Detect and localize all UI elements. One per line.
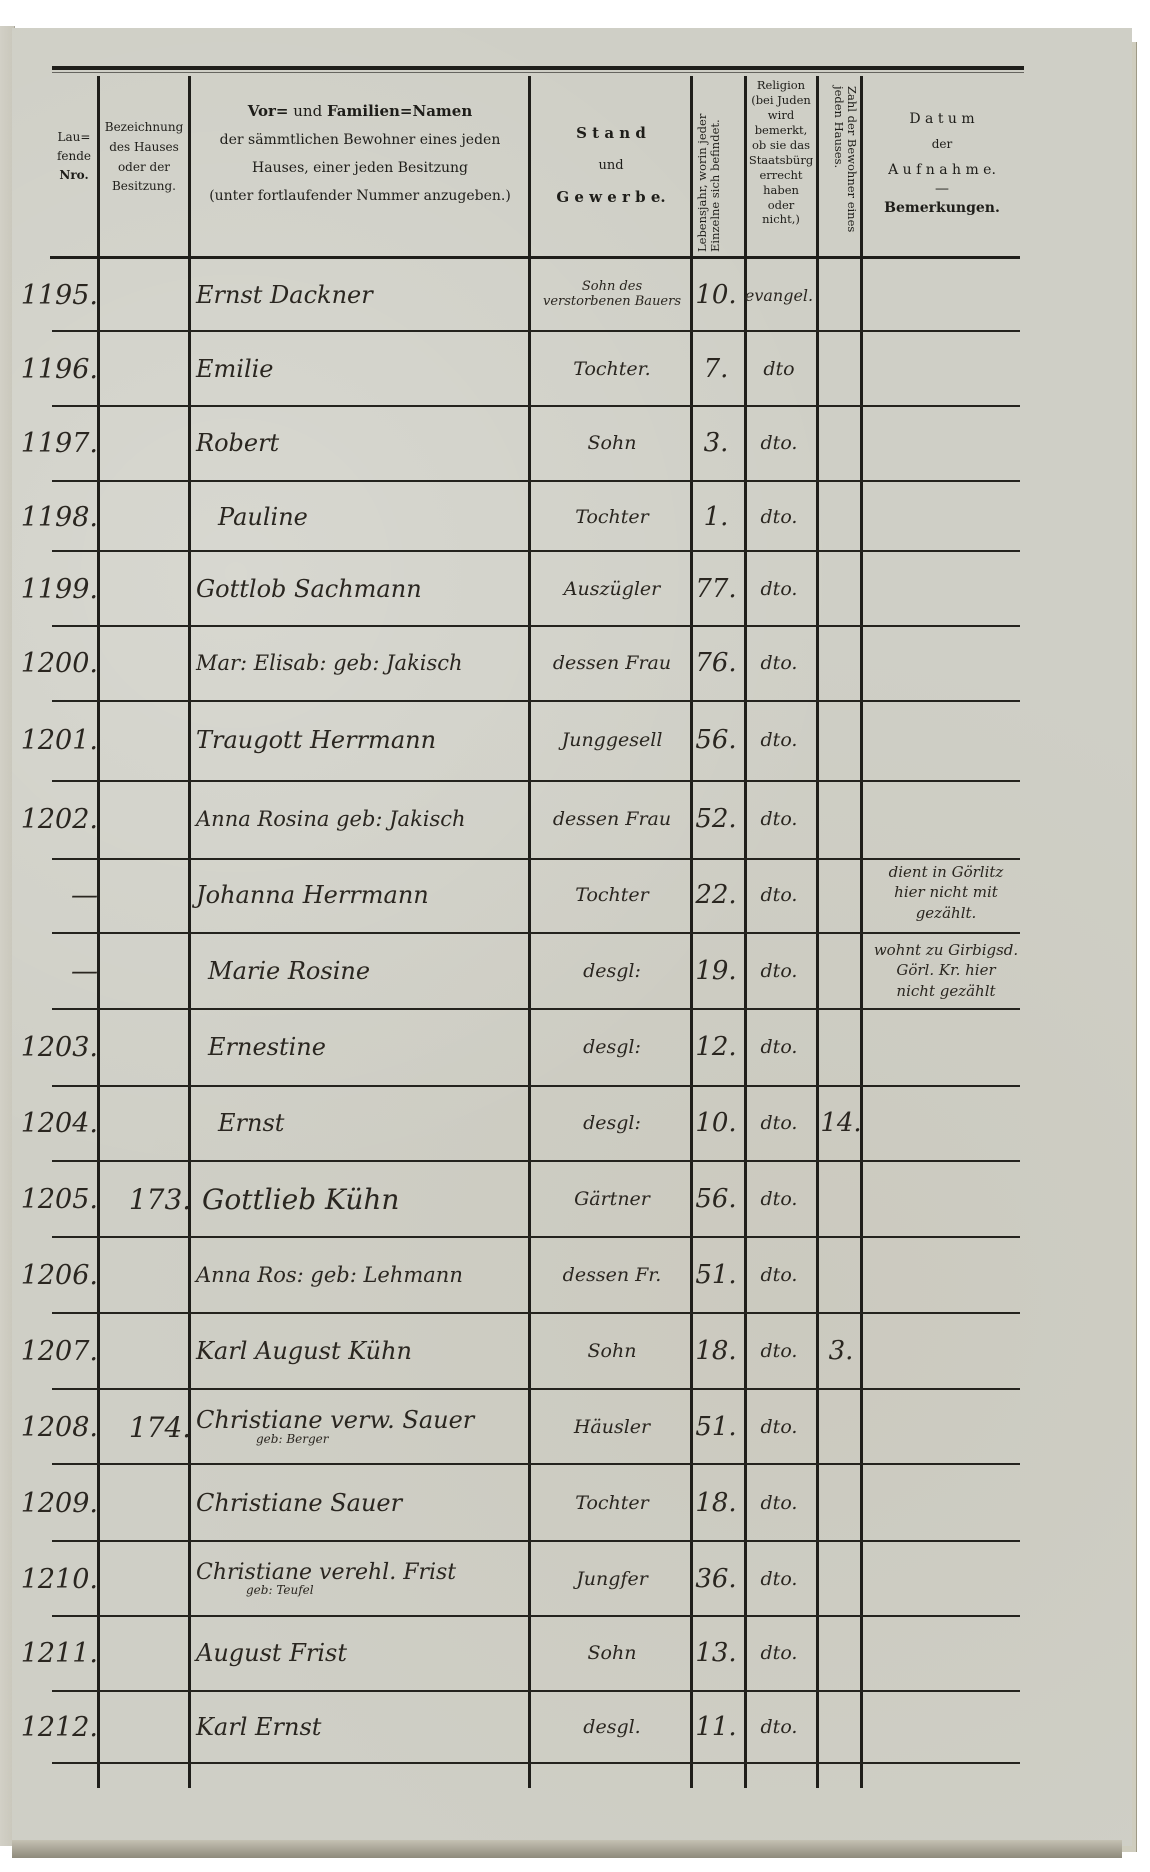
religion: dto. — [744, 1014, 814, 1080]
religion: dto. — [744, 938, 814, 1004]
age: 51. — [690, 1242, 742, 1308]
household-count — [820, 262, 862, 328]
religion: dto. — [744, 1242, 814, 1308]
resident-maiden-name: geb: Teufel — [246, 1584, 314, 1597]
occupation: Auszügler — [542, 556, 682, 622]
header-col-remarks-line1: D a t u m — [864, 106, 1020, 133]
header-col-names-line2: der sämmtlichen Bewohner eines jeden — [192, 126, 528, 154]
household-count — [820, 1166, 862, 1232]
resident-name: Gottlieb Kühn — [188, 1166, 542, 1232]
remark-2-line1: wohnt zu Girbigsd. — [866, 940, 1026, 960]
household-count — [820, 1014, 862, 1080]
resident-name: Ernestine — [188, 1014, 548, 1080]
header-col-stand-line3: G e w e r b e. — [532, 180, 690, 215]
religion: dto. — [744, 556, 814, 622]
household-count — [820, 410, 862, 476]
row-number: 1197. — [30, 410, 100, 476]
religion: dto. — [744, 1394, 814, 1460]
resident-name: Pauline — [188, 484, 558, 550]
household-count — [820, 1546, 862, 1612]
row-rule — [52, 1008, 1020, 1010]
resident-name: Anna Rosina geb: Jakisch — [188, 786, 536, 852]
row-rule — [52, 1762, 1020, 1764]
religion: dto. — [744, 1620, 814, 1686]
header-col-nr-line1: Lau= — [52, 128, 96, 147]
header-col-age: Lebensjahr, worin jeder Einzelne sich be… — [696, 80, 740, 252]
row-number: — — [30, 862, 100, 928]
religion: dto. — [744, 786, 814, 852]
age: 12. — [690, 1014, 742, 1080]
header-names-title-b: und — [293, 102, 322, 120]
header-col-names: Vor= und Familien=Namen der sämmtlichen … — [192, 96, 528, 210]
row-rule — [52, 1540, 1020, 1542]
row-rule — [52, 1236, 1020, 1238]
row-number: — — [30, 938, 100, 1004]
table-row: 1208. 174. Christiane verw. Sauer geb: B… — [30, 1394, 1030, 1460]
household-count — [820, 862, 862, 928]
age: 56. — [690, 1166, 742, 1232]
header-col-house-line3: oder der — [100, 158, 188, 178]
occupation: Tochter — [542, 1470, 682, 1536]
resident-name: Marie Rosine — [188, 938, 548, 1004]
household-count: 14. — [820, 1090, 862, 1156]
header-names-title-a: Vor= — [248, 102, 289, 120]
header-col-remarks-line4: Bemerkungen. — [864, 195, 1020, 222]
header-col-names-line4: (unter fortlaufender Nummer anzugeben.) — [192, 182, 528, 210]
household-count — [820, 484, 862, 550]
header-col-remarks: D a t u m der A u f n a h m e. — Bemerku… — [864, 106, 1020, 222]
household-count — [820, 786, 862, 852]
household-count — [820, 1620, 862, 1686]
occupation: desgl: — [542, 1014, 682, 1080]
table-row: 1198. Pauline Tochter 1. dto. — [30, 484, 1030, 550]
row-rule — [52, 780, 1020, 782]
resident-name-block: Christiane verw. Sauer geb: Berger — [196, 1408, 474, 1446]
table-row: 1207. Karl August Kühn Sohn 18. dto. 3. — [30, 1318, 1030, 1384]
header-col-nr-line2: fende — [52, 147, 96, 166]
header-col-remarks-line2: der — [864, 133, 1020, 156]
religion: dto. — [744, 862, 814, 928]
page-bottom-edge — [12, 1840, 1122, 1858]
header-col-remarks-sep: — — [864, 184, 1020, 195]
household-count — [820, 1394, 862, 1460]
religion: dto. — [744, 1090, 814, 1156]
age: 76. — [690, 630, 742, 696]
age: 13. — [690, 1620, 742, 1686]
remark-1-line3: gezählt. — [866, 903, 1026, 923]
header-col-house: Bezeichnung des Hauses oder der Besitzun… — [100, 118, 188, 197]
row-rule — [52, 1085, 1020, 1087]
resident-name: Anna Ros: geb: Lehmann — [188, 1242, 536, 1308]
occupation: dessen Frau — [542, 630, 682, 696]
table-row: 1201. Traugott Herrmann Junggesell 56. d… — [30, 707, 1030, 773]
resident-name: Christiane verw. Sauer geb: Berger — [188, 1394, 536, 1460]
religion: dto. — [744, 707, 814, 773]
occupation: Häusler — [542, 1394, 682, 1460]
occupation: desgl. — [542, 1694, 682, 1760]
religion: dto. — [744, 1318, 814, 1384]
row-number: 1196. — [30, 336, 100, 402]
remark-1-line2: hier nicht mit — [866, 882, 1026, 902]
row-number: 1209. — [30, 1470, 100, 1536]
header-col-remarks-line3: A u f n a h m e. — [864, 157, 1020, 184]
table-row: 1203. Ernestine desgl: 12. dto. — [30, 1014, 1030, 1080]
age: 11. — [690, 1694, 742, 1760]
resident-name: Gottlob Sachmann — [188, 556, 536, 622]
remark-1-line1: dient in Görlitz — [866, 862, 1026, 882]
resident-name: Mar: Elisab: geb: Jakisch — [188, 630, 536, 696]
table-row: 1210. Christiane verehl. Frist geb: Teuf… — [30, 1546, 1030, 1612]
row-number: 1206. — [30, 1242, 100, 1308]
household-count: 3. — [820, 1318, 862, 1384]
table-row: 1202. Anna Rosina geb: Jakisch dessen Fr… — [30, 786, 1030, 852]
age: 18. — [690, 1470, 742, 1536]
occupation: Junggesell — [542, 707, 682, 773]
header-col-stand: S t a n d und G e w e r b e. — [532, 116, 690, 215]
resident-name: Emilie — [188, 336, 536, 402]
table-row: 1199. Gottlob Sachmann Auszügler 77. dto… — [30, 556, 1030, 622]
occupation: Sohn — [542, 1620, 682, 1686]
household-count — [820, 630, 862, 696]
resident-name: Karl August Kühn — [188, 1318, 536, 1384]
occupation: Tochter — [542, 484, 682, 550]
age: 18. — [690, 1318, 742, 1384]
row-rule — [52, 1463, 1020, 1465]
table-row: 1197. Robert Sohn 3. dto. — [30, 410, 1030, 476]
row-number: 1210. — [30, 1546, 100, 1612]
resident-name-main: Christiane verehl. Frist — [196, 1561, 456, 1584]
occupation: Tochter — [542, 862, 682, 928]
resident-name: Johanna Herrmann — [188, 862, 536, 928]
age: 7. — [690, 336, 742, 402]
header-names-title-c: Familien=Namen — [327, 102, 472, 120]
household-count — [820, 938, 862, 1004]
religion: dto. — [744, 1166, 814, 1232]
household-count — [820, 1242, 862, 1308]
occupation: desgl: — [542, 938, 682, 1004]
row-rule — [52, 932, 1020, 934]
occupation: Sohn des verstorbenen Bauers — [542, 262, 682, 328]
resident-name: August Frist — [188, 1620, 536, 1686]
remark-2-line3: nicht gezählt — [866, 981, 1026, 1001]
occupation: Jungfer — [542, 1546, 682, 1612]
header-col-stand-line2: und — [532, 151, 690, 181]
header-col-nr-line3: Nro. — [52, 166, 96, 185]
row-rule — [52, 700, 1020, 702]
household-count — [820, 1470, 862, 1536]
table-row: 1200. Mar: Elisab: geb: Jakisch dessen F… — [30, 630, 1030, 696]
table-row: 1209. Christiane Sauer Tochter 18. dto. — [30, 1470, 1030, 1536]
occupation: desgl: — [542, 1090, 682, 1156]
household-count — [820, 336, 862, 402]
row-number: 1212. — [30, 1694, 100, 1760]
top-rule — [52, 66, 1024, 70]
row-number: 1205. — [30, 1166, 100, 1232]
row-rule — [52, 550, 1020, 552]
row-rule — [52, 1160, 1020, 1162]
row-number: 1202. — [30, 786, 100, 852]
row-number: 1203. — [30, 1014, 100, 1080]
top-rule-thin — [52, 72, 1024, 73]
table-row: 1195. Ernst Dackner Sohn des verstorbene… — [30, 262, 1030, 328]
age: 77. — [690, 556, 742, 622]
occupation: Sohn — [542, 410, 682, 476]
header-col-count: Zahl der Bewohner eines jeden Hauses. — [822, 86, 858, 252]
row-number: 1211. — [30, 1620, 100, 1686]
age: 3. — [690, 410, 742, 476]
age: 56. — [690, 707, 742, 773]
age: 19. — [690, 938, 742, 1004]
household-count — [820, 707, 862, 773]
header-bottom-rule — [50, 256, 1020, 259]
row-rule — [52, 1312, 1020, 1314]
row-number: 1201. — [30, 707, 100, 773]
age: 51. — [690, 1394, 742, 1460]
occupation-text: Sohn des verstorbenen Bauers — [542, 280, 682, 310]
table-row: 1206. Anna Ros: geb: Lehmann dessen Fr. … — [30, 1242, 1030, 1308]
row-number: 1200. — [30, 630, 100, 696]
resident-name: Christiane Sauer — [188, 1470, 536, 1536]
resident-name: Karl Ernst — [188, 1694, 536, 1760]
row-rule — [52, 858, 1020, 860]
resident-name: Ernst — [188, 1090, 558, 1156]
resident-name: Traugott Herrmann — [188, 707, 536, 773]
header-col-house-line1: Bezeichnung — [100, 118, 188, 138]
row-rule — [52, 1388, 1020, 1390]
row-number: 1195. — [30, 262, 100, 328]
religion: dto. — [744, 410, 814, 476]
row-rule — [52, 480, 1020, 482]
row-rule — [52, 405, 1020, 407]
resident-name-block: Christiane verehl. Frist geb: Teufel — [196, 1561, 456, 1597]
row-number: 1204. — [30, 1090, 100, 1156]
header-col-house-line4: Besitzung. — [100, 177, 188, 197]
resident-name: Christiane verehl. Frist geb: Teufel — [188, 1546, 536, 1612]
row-rule — [52, 1615, 1020, 1617]
household-count — [820, 1694, 862, 1760]
religion: dto. — [744, 1546, 814, 1612]
table-row: 1196. Emilie Tochter. 7. dto — [30, 336, 1030, 402]
religion: dto — [744, 336, 814, 402]
age: 36. — [690, 1546, 742, 1612]
resident-name: Ernst Dackner — [188, 262, 536, 328]
religion: dto. — [744, 484, 814, 550]
resident-name: Robert — [188, 410, 536, 476]
header-col-names-line3: Hauses, einer jeden Besitzung — [192, 154, 528, 182]
row-number: 1198. — [30, 484, 100, 550]
header-col-nr: Lau= fende Nro. — [52, 128, 96, 186]
religion: evangel. — [744, 262, 814, 328]
remark-note-marie-rosine: wohnt zu Girbigsd. Görl. Kr. hier nicht … — [866, 940, 1026, 1001]
header-col-stand-line1: S t a n d — [532, 116, 690, 151]
age: 10. — [690, 1090, 742, 1156]
row-rule — [52, 1690, 1020, 1692]
table-row: 1205. 173. Gottlieb Kühn Gärtner 56. dto… — [30, 1166, 1030, 1232]
occupation: dessen Frau — [542, 786, 682, 852]
table-row: 1204. Ernst desgl: 10. dto. 14. — [30, 1090, 1030, 1156]
age: 52. — [690, 786, 742, 852]
age: 10. — [690, 262, 742, 328]
header-col-religion: Religion (bei Juden wird bemerkt, ob sie… — [748, 78, 814, 227]
religion: dto. — [744, 1470, 814, 1536]
table-row: 1212. Karl Ernst desgl. 11. dto. — [30, 1694, 1030, 1760]
resident-maiden-name: geb: Berger — [256, 1433, 329, 1446]
resident-name-main: Christiane verw. Sauer — [196, 1408, 474, 1433]
occupation: dessen Fr. — [542, 1242, 682, 1308]
age: 22. — [690, 862, 742, 928]
religion: dto. — [744, 1694, 814, 1760]
remark-2-line2: Görl. Kr. hier — [866, 960, 1026, 980]
header-col-names-title: Vor= und Familien=Namen — [192, 96, 528, 126]
religion: dto. — [744, 630, 814, 696]
age: 1. — [690, 484, 742, 550]
row-number: 1208. — [30, 1394, 100, 1460]
occupation: Tochter. — [542, 336, 682, 402]
occupation: Sohn — [542, 1318, 682, 1384]
row-rule — [52, 625, 1020, 627]
row-number: 1199. — [30, 556, 100, 622]
header-col-house-line2: des Hauses — [100, 138, 188, 158]
remark-note-johanna: dient in Görlitz hier nicht mit gezählt. — [866, 862, 1026, 923]
row-number: 1207. — [30, 1318, 100, 1384]
table-row: 1211. August Frist Sohn 13. dto. — [30, 1620, 1030, 1686]
row-rule — [52, 330, 1020, 332]
household-count — [820, 556, 862, 622]
occupation: Gärtner — [542, 1166, 682, 1232]
